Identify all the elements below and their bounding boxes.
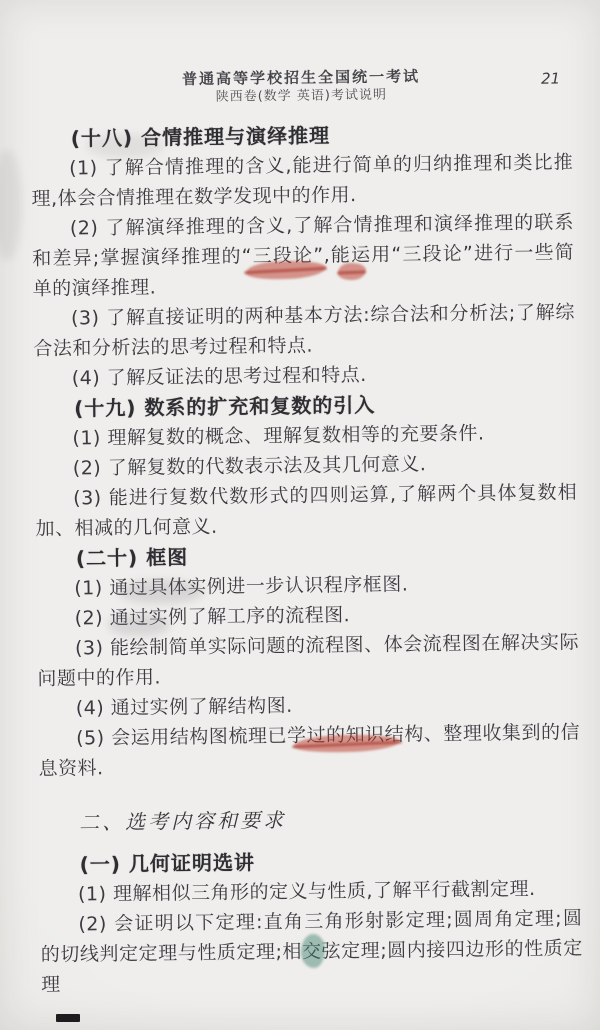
page-content: 普通高等学校招生全国统一考试 陕西卷(数学 英语)考试说明 21 (十八) 合情… (30, 65, 583, 1000)
ink-smudge (0, 150, 22, 260)
section-18-item-2: (2) 了解演绎推理的含义,了解合情推理和演绎推理的联系和差异;掌握演绎推理的“… (32, 207, 575, 304)
section-20-item-5: (5) 会运用结构图梳理已学过的知识结构、整理收集到的信息资料. (38, 717, 581, 784)
page-number: 21 (541, 70, 560, 88)
section-18-item-1: (1) 了解合情推理的含义,能进行简单的归纳推理和类比推理,体会合情推理在数学发… (31, 147, 574, 214)
part-2-title: 二、选考内容和要求 (39, 801, 581, 838)
corner-ink-mark (56, 1014, 80, 1022)
section-18-item-3: (3) 了解直接证明的两种基本方法:综合法和分析法;了解综合法和分析法的思考过程… (33, 297, 576, 364)
section-20-item-3: (3) 能绘制简单实际问题的流程图、体会流程图在解决实际问题中的作用. (37, 627, 580, 694)
geometry-item-2: (2) 会证明以下定理:直角三角形射影定理;圆周角定理;圆的切线判定定理与性质定… (40, 903, 583, 1000)
scanned-document-page: 普通高等学校招生全国统一考试 陕西卷(数学 英语)考试说明 21 (十八) 合情… (0, 0, 600, 1030)
running-header: 普通高等学校招生全国统一考试 陕西卷(数学 英语)考试说明 21 (30, 65, 572, 108)
section-19-item-3: (3) 能进行复数代数形式的四则运算,了解两个具体复数相加、相减的几何意义. (35, 477, 578, 544)
